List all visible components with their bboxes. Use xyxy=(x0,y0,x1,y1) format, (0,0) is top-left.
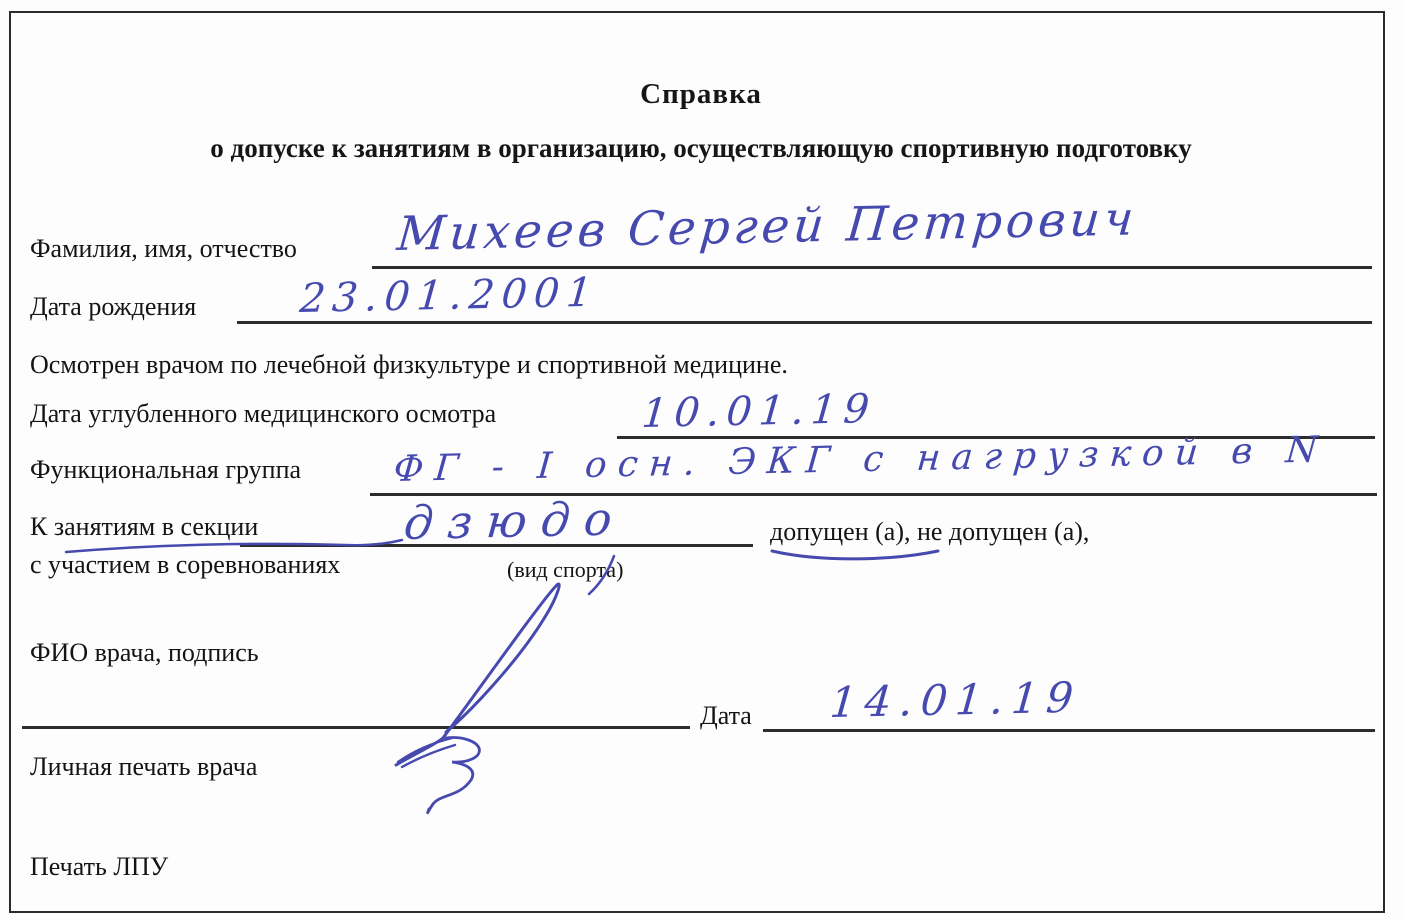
functional-group-label: Функциональная группа xyxy=(30,455,301,485)
signature-line xyxy=(22,726,690,729)
examined-note: Осмотрен врачом по лечебной физкультуре … xyxy=(30,350,788,380)
birthdate-field-label: Дата рождения xyxy=(30,292,196,322)
facility-stamp-label: Печать ЛПУ xyxy=(30,852,168,882)
personal-stamp-label: Личная печать врача xyxy=(30,752,257,782)
date-line xyxy=(763,729,1375,732)
doctor-label: ФИО врача, подпись xyxy=(30,638,259,668)
exam-date-label: Дата углубленного медицинского осмотра xyxy=(30,399,496,429)
section-label: К занятиям в секции xyxy=(30,512,258,542)
sport-type-caption: (вид спорта) xyxy=(507,557,623,583)
birthdate-field-value: 23.01.2001 xyxy=(298,270,601,322)
date-label: Дата xyxy=(700,701,752,731)
certificate-page: Справка о допуске к занятиям в организац… xyxy=(0,0,1402,920)
birthdate-field-line xyxy=(237,321,1372,324)
section-value: дзюдо xyxy=(402,491,628,550)
certificate-subtitle: о допуске к занятиям в организацию, осущ… xyxy=(0,133,1402,164)
competitions-text: с участием в соревнованиях xyxy=(30,550,340,580)
certificate-title: Справка xyxy=(0,78,1402,111)
date-value: 14.01.19 xyxy=(828,673,1083,727)
admitted-text: допущен (а), не допущен (а), xyxy=(770,517,1089,547)
exam-date-value: 10.01.19 xyxy=(640,386,878,437)
name-field-line xyxy=(372,266,1372,269)
name-field-label: Фамилия, имя, отчество xyxy=(30,234,297,264)
